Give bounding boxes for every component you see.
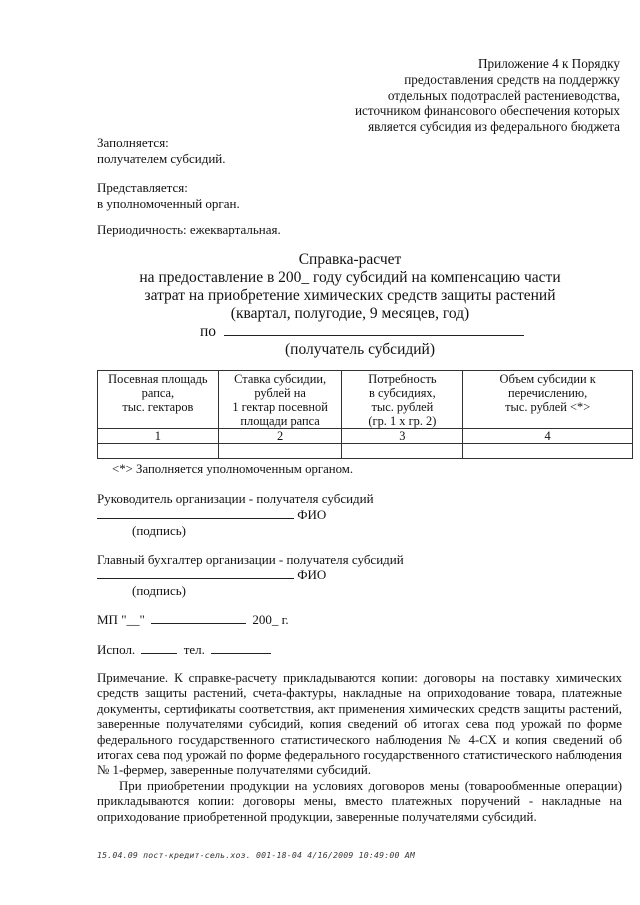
table-cell[interactable] bbox=[463, 444, 633, 459]
recipient-field[interactable] bbox=[224, 335, 524, 336]
accountant-signature-field[interactable] bbox=[97, 578, 294, 579]
stamp-date-row: МП "__" 200_ г. bbox=[97, 612, 289, 627]
submitted-value: в уполномоченный орган. bbox=[97, 196, 240, 212]
phone-field[interactable] bbox=[211, 653, 271, 654]
column-header-subsidy-rate: Ставка субсидии, рублей на 1 гектар посе… bbox=[218, 371, 342, 429]
table-footnote: <*> Заполняется уполномоченным органом. bbox=[112, 462, 353, 477]
submitted-label: Представляется: bbox=[97, 180, 240, 196]
table-row bbox=[98, 444, 633, 459]
appendix-line: Приложение 4 к Порядку bbox=[355, 56, 620, 72]
stamp-year: 200_ г. bbox=[252, 612, 288, 627]
submitted-block: Представляется: в уполномоченный орган. bbox=[97, 180, 240, 211]
accountant-signature-row: ФИО bbox=[97, 567, 326, 582]
accountant-fio-label: ФИО bbox=[297, 567, 326, 582]
note-paragraph: Примечание. К справке-расчету прикладыва… bbox=[97, 671, 622, 779]
accountant-title: Главный бухгалтер организации - получате… bbox=[97, 552, 404, 567]
document-footer: 15.04.09 пост-кредит-сель.хоз. 001-18-04… bbox=[97, 848, 415, 863]
column-header-sown-area: Посевная площадь рапса, тыс. гектаров bbox=[98, 371, 219, 429]
phone-label: тел. bbox=[184, 642, 205, 657]
note-paragraph: При приобретении продукции на условиях д… bbox=[97, 779, 622, 825]
stamp-prefix: МП "__" bbox=[97, 612, 145, 627]
filled-by-block: Заполняется: получателем субсидий. bbox=[97, 135, 225, 166]
recipient-row: по bbox=[200, 323, 524, 341]
title-line: затрат на приобретение химических средст… bbox=[110, 287, 590, 305]
periodicity: Периодичность: ежеквартальная. bbox=[97, 222, 281, 238]
document-title: Справка-расчет на предоставление в 200_ … bbox=[110, 251, 590, 323]
head-sign-caption: (подпись) bbox=[132, 523, 186, 538]
date-month-field[interactable] bbox=[151, 623, 246, 624]
table-cell[interactable] bbox=[342, 444, 463, 459]
table-cell[interactable] bbox=[98, 444, 219, 459]
title-line: на предоставление в 200_ году субсидий н… bbox=[110, 269, 590, 287]
column-number: 4 bbox=[463, 429, 633, 444]
column-number: 1 bbox=[98, 429, 219, 444]
column-header-subsidy-need: Потребность в субсидиях, тыс. рублей (гр… bbox=[342, 371, 463, 429]
appendix-reference: Приложение 4 к Порядку предоставления ср… bbox=[355, 56, 620, 135]
head-signature-row: ФИО bbox=[97, 507, 326, 522]
recipient-prefix: по bbox=[200, 323, 216, 340]
recipient-caption: (получатель субсидий) bbox=[0, 341, 640, 359]
filled-by-value: получателем субсидий. bbox=[97, 151, 225, 167]
table-cell[interactable] bbox=[218, 444, 342, 459]
head-signature-field[interactable] bbox=[97, 518, 294, 519]
column-number: 2 bbox=[218, 429, 342, 444]
column-header-transfer-volume: Объем субсидии к перечислению, тыс. рубл… bbox=[463, 371, 633, 429]
appendix-line: является субсидия из федерального бюджет… bbox=[355, 119, 620, 135]
note-block: Примечание. К справке-расчету прикладыва… bbox=[97, 671, 622, 825]
accountant-sign-caption: (подпись) bbox=[132, 583, 186, 598]
appendix-line: отдельных подотраслей растениеводства, bbox=[355, 88, 620, 104]
title-line: Справка-расчет bbox=[110, 251, 590, 269]
appendix-line: источником финансового обеспечения котор… bbox=[355, 103, 620, 119]
executor-label: Испол. bbox=[97, 642, 135, 657]
calculation-table: Посевная площадь рапса, тыс. гектаров Ст… bbox=[97, 370, 633, 459]
executor-row: Испол. тел. bbox=[97, 642, 271, 657]
column-number-row: 1 2 3 4 bbox=[98, 429, 633, 444]
appendix-line: предоставления средств на поддержку bbox=[355, 72, 620, 88]
table-header-row: Посевная площадь рапса, тыс. гектаров Ст… bbox=[98, 371, 633, 429]
column-number: 3 bbox=[342, 429, 463, 444]
head-title: Руководитель организации - получателя су… bbox=[97, 491, 374, 506]
title-line: (квартал, полугодие, 9 месяцев, год) bbox=[110, 305, 590, 323]
filled-by-label: Заполняется: bbox=[97, 135, 225, 151]
head-fio-label: ФИО bbox=[297, 507, 326, 522]
executor-field[interactable] bbox=[141, 653, 177, 654]
